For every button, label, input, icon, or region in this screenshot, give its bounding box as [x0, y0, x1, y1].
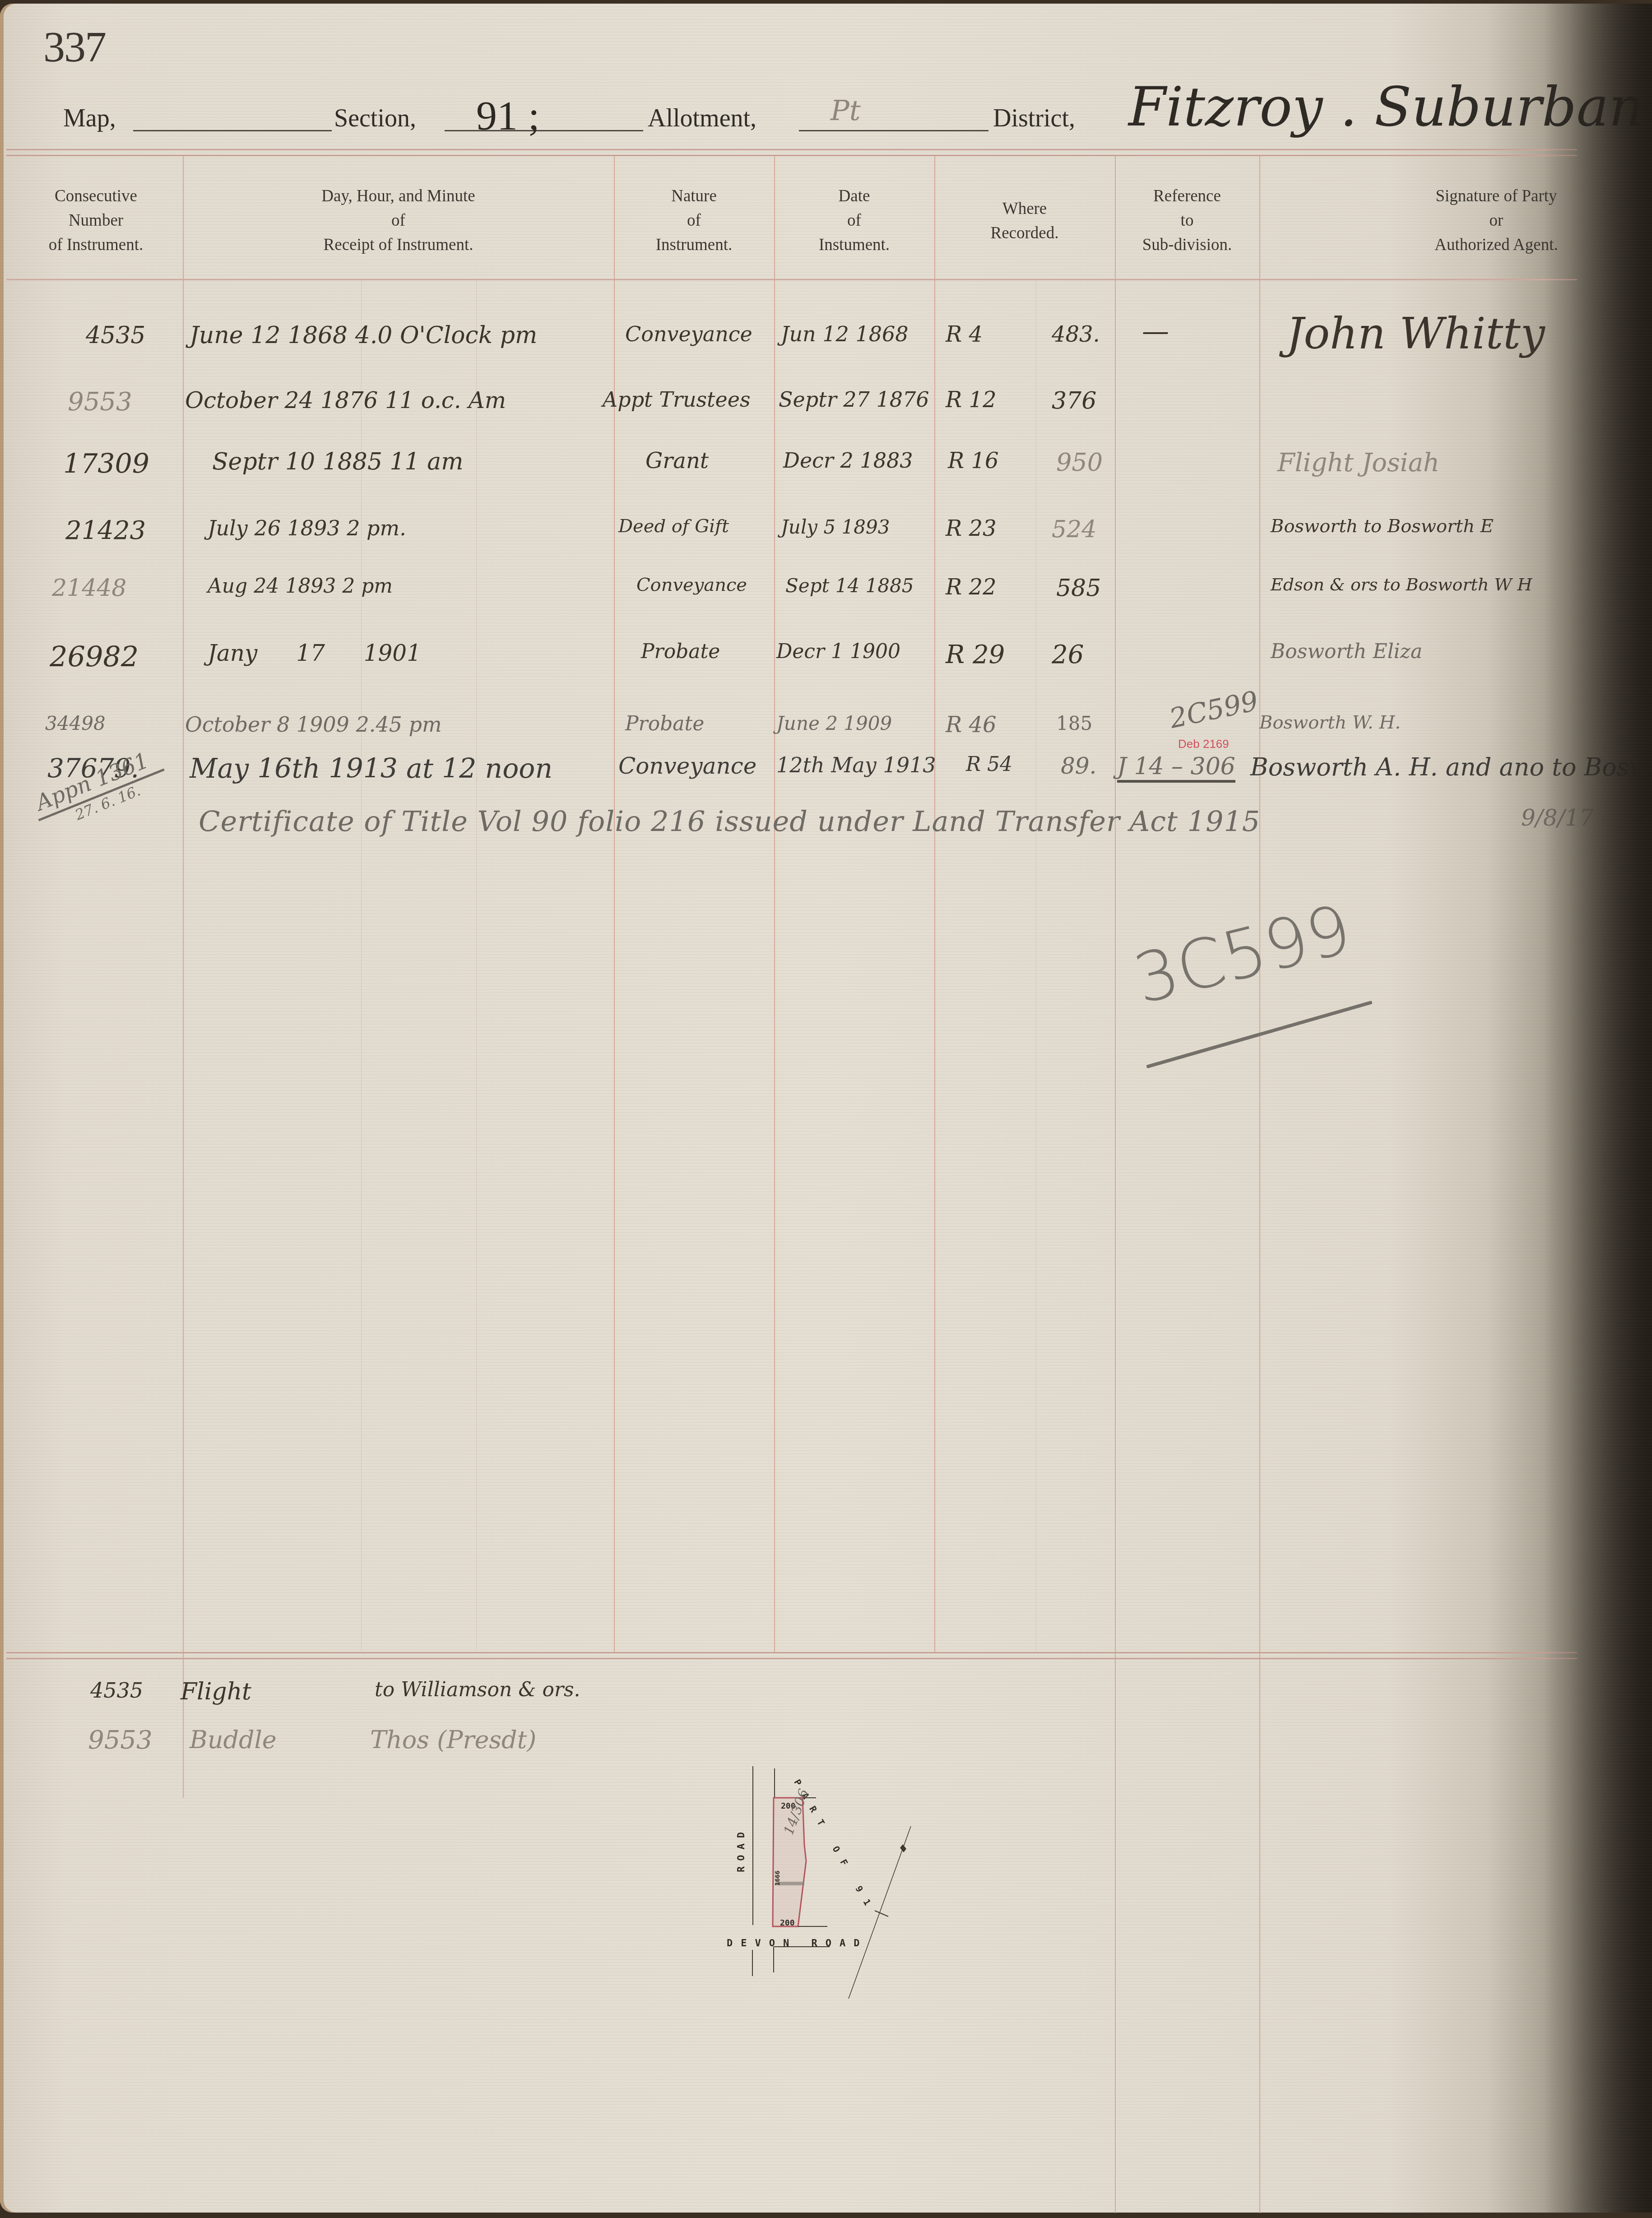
header-bottom-rule: [6, 279, 1577, 280]
receipt-datetime: July 26 1893 2 pm.: [208, 516, 406, 540]
allotment-plan-diagram: 200 200 DEVON ROAD ROAD PART OF 91 14/30…: [700, 1764, 1061, 2125]
footer-note-detail: to Williamson & ors.: [375, 1678, 580, 1701]
red-reference-stamp: Deb 2169: [1178, 737, 1229, 751]
subdivision-reference: J 14 – 306: [1117, 753, 1235, 783]
subdivision-reference: —: [1142, 316, 1169, 347]
instrument-nature: Deed of Gift: [618, 516, 729, 537]
table-row[interactable]: 21423 July 26 1893 2 pm. Deed of Gift Ju…: [0, 516, 1580, 570]
allotment-label: Allotment,: [648, 104, 756, 133]
recorded-book: R 4: [946, 322, 983, 347]
recorded-page: 26: [1052, 640, 1084, 669]
instrument-nature: Conveyance: [625, 322, 752, 346]
receipt-datetime: October 24 1876 11 o.c. Am: [185, 387, 506, 413]
instrument-nature: Probate: [625, 712, 704, 735]
plan-road-label-bottom: DEVON ROAD: [727, 1938, 868, 1949]
map-label: Map,: [63, 104, 116, 133]
receipt-datetime: October 8 1909 2.45 pm: [185, 712, 442, 737]
column-header-reference: ReferencetoSub-division.: [1115, 184, 1259, 257]
receipt-datetime: Septr 10 1885 11 am: [212, 448, 464, 475]
footer-double-rule: [6, 1652, 1577, 1659]
recorded-book: R 29: [946, 640, 1005, 669]
recorded-page: 950: [1056, 448, 1103, 477]
large-pencil-reference: 3C599: [1127, 890, 1359, 1020]
column-header-nature: NatureofInstrument.: [614, 184, 774, 257]
instrument-nature: Probate: [641, 640, 720, 663]
receipt-datetime: June 12 1868 4.0 O'Clock pm: [190, 322, 537, 349]
section-field[interactable]: [445, 112, 643, 131]
table-row[interactable]: 26982 Jany 17 1901 Probate Decr 1 1900 R…: [0, 640, 1580, 694]
table-row[interactable]: 21448 Aug 24 1893 2 pm Conveyance Sept 1…: [0, 575, 1580, 629]
footer-note-name: Buddle: [190, 1726, 277, 1754]
district-label: District,: [993, 104, 1075, 133]
table-row[interactable]: 17309 Septr 10 1885 11 am Grant Decr 2 1…: [0, 448, 1580, 502]
signature: Edson & ors to Bosworth W H: [1271, 575, 1532, 594]
column-header-where: WhereRecorded.: [934, 197, 1115, 246]
recorded-book: R 54: [966, 753, 1012, 776]
table-row[interactable]: 4535 June 12 1868 4.0 O'Clock pm Conveya…: [0, 322, 1580, 376]
plan-side-dimension: 1666: [774, 1870, 781, 1886]
signature: Bosworth W. H.: [1259, 712, 1401, 733]
recorded-page: 376: [1052, 387, 1096, 414]
instrument-number: 4535: [86, 322, 145, 349]
recorded-book: R 46: [946, 712, 996, 738]
district-value: Fitzroy . Suburban: [1128, 76, 1644, 139]
recorded-page: 585: [1056, 575, 1101, 602]
plan-frontage-bottom: 200: [780, 1918, 795, 1928]
recorded-page: 185: [1056, 712, 1092, 734]
instrument-nature: Conveyance: [618, 753, 756, 779]
signature: Flight Josiah: [1277, 448, 1439, 478]
recorded-book: R 12: [946, 387, 996, 413]
instrument-date: Decr 1 1900: [776, 640, 900, 663]
section-value: 91 ;: [476, 92, 540, 139]
instrument-number: 26982: [50, 640, 139, 673]
instrument-date: June 2 1909: [776, 712, 892, 734]
column-divider: [934, 155, 935, 1653]
table-row[interactable]: 9553 October 24 1876 11 o.c. Am Appt Tru…: [0, 387, 1580, 441]
header-double-rule: [6, 149, 1577, 156]
signature: Bosworth Eliza: [1271, 640, 1422, 663]
instrument-nature: Grant: [645, 448, 709, 473]
instrument-date: Septr 27 1876: [779, 387, 929, 412]
recorded-page: 524: [1052, 516, 1096, 543]
signature: Bosworth A. H. and ano to Bosworth: [1250, 753, 1652, 781]
instrument-date: Sept 14 1885: [785, 575, 914, 597]
footer-note-detail: Thos (Presdt): [370, 1726, 536, 1754]
allotment-value: Pt: [831, 94, 861, 127]
footer-note-name: Flight: [181, 1678, 251, 1705]
column-header-number: ConsecutiveNumberof Instrument.: [9, 184, 183, 257]
page-number: 337: [43, 22, 106, 72]
instrument-nature: Appt Trustees: [603, 387, 751, 412]
instrument-nature: Conveyance: [636, 575, 747, 595]
table-row[interactable]: 37679. May 16th 1913 at 12 noon Conveyan…: [0, 753, 1580, 807]
certificate-of-title-note: Certificate of Title Vol 90 folio 216 is…: [199, 805, 1260, 838]
ledger-page: 337 Map, Section, 91 ; Allotment, Pt Dis…: [0, 4, 1652, 2213]
section-label: Section,: [334, 104, 416, 133]
certificate-date: 9/8/17: [1521, 805, 1594, 831]
column-header-signature: Signature of PartyorAuthorized Agent.: [1350, 184, 1643, 257]
column-divider: [614, 155, 615, 1653]
receipt-datetime: Aug 24 1893 2 pm: [208, 575, 393, 598]
signature: Bosworth to Bosworth E: [1271, 516, 1494, 537]
recorded-book: R 22: [946, 575, 996, 600]
instrument-number: 21448: [52, 575, 126, 602]
recorded-page: 89.: [1061, 753, 1097, 779]
footer-note-row: 4535 Flight to Williamson & ors.: [0, 1678, 1580, 1732]
recorded-book: R 23: [946, 516, 996, 541]
recorded-book: R 16: [948, 448, 998, 473]
footer-note-number: 9553: [88, 1726, 153, 1755]
receipt-datetime: Jany 17 1901: [208, 640, 421, 666]
instrument-number: 21423: [65, 516, 146, 545]
recorded-page: 483.: [1052, 322, 1100, 347]
instrument-number: 17309: [63, 448, 149, 480]
instrument-date: Jun 12 1868: [781, 322, 909, 346]
column-header-date: DateofInstument.: [774, 184, 934, 257]
column-header-receipt: Day, Hour, and MinuteofReceipt of Instru…: [183, 184, 614, 257]
instrument-date: 12th May 1913: [776, 753, 936, 777]
instrument-date: July 5 1893: [781, 516, 890, 538]
column-divider: [774, 155, 775, 1653]
instrument-number: 9553: [68, 387, 132, 417]
instrument-number: 34498: [45, 712, 106, 734]
instrument-date: Decr 2 1883: [783, 448, 913, 473]
receipt-datetime: May 16th 1913 at 12 noon: [190, 753, 552, 784]
map-field[interactable]: [133, 112, 332, 131]
allotment-field[interactable]: [799, 112, 988, 131]
plan-road-label-left: ROAD: [736, 1827, 747, 1872]
signature: John Whitty: [1286, 308, 1545, 359]
footer-note-number: 4535: [90, 1678, 143, 1703]
form-header: Map, Section, 91 ; Allotment, Pt Distric…: [0, 94, 1625, 144]
